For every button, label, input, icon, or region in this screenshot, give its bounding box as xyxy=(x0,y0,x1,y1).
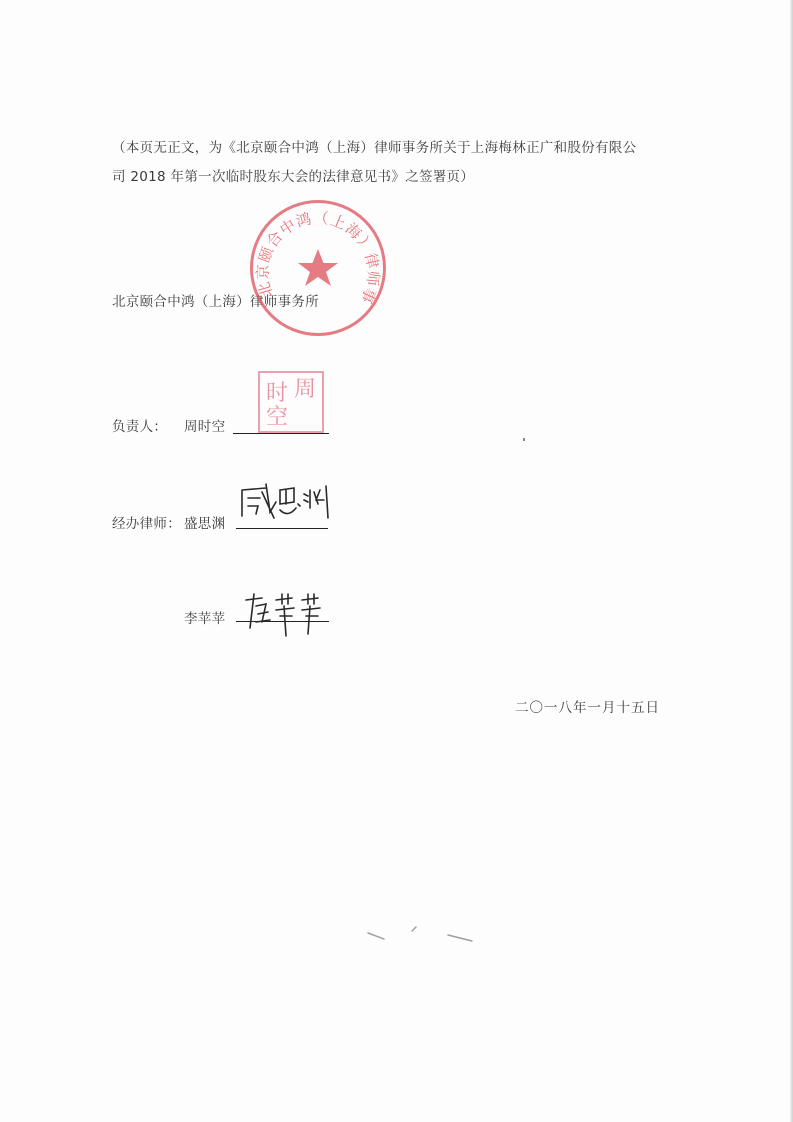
scan-artifacts xyxy=(360,925,480,950)
responsible-signature-line xyxy=(233,433,329,434)
seal-star-icon: 北京颐合中鸿（上海）律师事务所 xyxy=(253,203,383,333)
intro-line-2: 司 2018 年第一次临时股东大会的法律意见书》之签署页） xyxy=(112,163,672,192)
responsible-name: 周时空 xyxy=(184,415,225,435)
document-date: 二〇一八年一月十五日 xyxy=(515,696,660,716)
responsible-label: 负责人： xyxy=(112,415,167,435)
scan-speck xyxy=(523,438,525,441)
lawyer-2-signature xyxy=(236,588,336,648)
lawyer-2-name: 李苹苹 xyxy=(184,607,225,627)
lawyers-label: 经办律师： xyxy=(112,512,181,532)
lawyer-1-signature xyxy=(236,478,336,538)
intro-line-1: （本页无正文，为《北京颐合中鸿（上海）律师事务所关于上海梅林正广和股份有限公 xyxy=(112,134,672,163)
personal-seal-stamp: 周 时 空 xyxy=(258,371,324,433)
firm-seal-stamp: 北京颐合中鸿（上海）律师事务所 xyxy=(250,200,386,336)
lawyer-1-name: 盛思渊 xyxy=(184,512,225,532)
intro-paragraph: （本页无正文，为《北京颐合中鸿（上海）律师事务所关于上海梅林正广和股份有限公 司… xyxy=(112,134,672,192)
